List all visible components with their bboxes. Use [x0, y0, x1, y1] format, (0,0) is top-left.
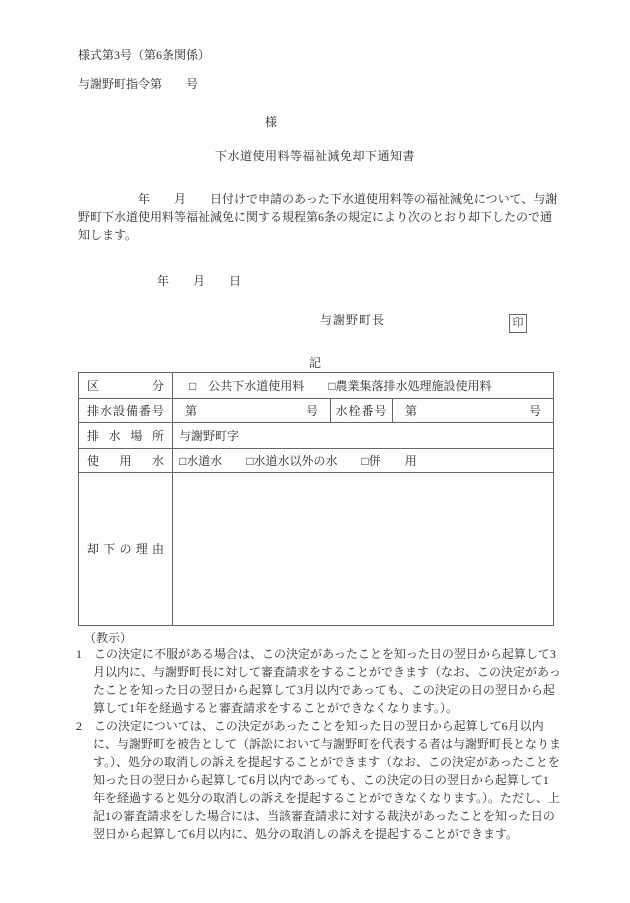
notice-line: 算して1年を経過すると審査請求をすることができなくなります。）。: [93, 699, 562, 717]
issue-date-line: 年 月 日: [157, 272, 241, 290]
tap-number-field: 第 号: [393, 402, 553, 420]
document-page: 様式第3号（第6条関係） 与謝野町指令第 号 様 下水道使用料等福祉減免却下通知…: [0, 0, 630, 903]
notice-line: 2 この決定については、この決定があったことを知った日の翌日から起算して6月以内: [76, 717, 562, 735]
directive-number: 与謝野町指令第 号: [78, 75, 198, 93]
notice-line: 知った日の翌日から起算して6月以内であっても、この決定の日の翌日から起算して1: [93, 771, 562, 789]
record-mark: 記: [309, 354, 321, 372]
notice-line: 1 この決定に不服がある場合は、この決定があったことを知った日の翌日から起算して…: [76, 645, 562, 663]
seal-character: 印: [513, 317, 524, 329]
intro-line: 野町下水道使用料等福祉減免に関する規程第6条の規定により次のとおり却下したので通: [78, 208, 558, 226]
location-label: 排水場所: [79, 427, 172, 445]
table-row-water-used: 使用水 □水道水 □水道水以外の水 □併 用: [79, 449, 554, 473]
sender-title: 与謝野町長: [320, 311, 385, 329]
category-options: □ 公共下水道使用料 □農業集落排水処理施設使用料: [173, 377, 553, 395]
detail-table: 区分 □ 公共下水道使用料 □農業集落排水処理施設使用料 排水設備番号 第 号 …: [78, 372, 554, 626]
number-prefix: 第: [405, 402, 417, 420]
seal-mark: 印: [509, 314, 527, 333]
water-used-label: 使用水: [79, 452, 172, 470]
water-used-options: □水道水 □水道水以外の水 □併 用: [173, 452, 553, 470]
notice-item-2: 2 この決定については、この決定があったことを知った日の翌日から起算して6月以内…: [76, 717, 562, 843]
location-value: 与謝野町字: [173, 427, 553, 445]
drainage-number-field: 第 号: [173, 402, 330, 420]
notice-line: 翌日から起算して6月以内に、処分の取消しの訴えを提起することができます。: [93, 825, 562, 843]
document-title: 下水道使用料等福祉減免却下通知書: [215, 147, 415, 165]
table-row-location: 排水場所 与謝野町字: [79, 423, 554, 449]
notice-line: 年を経過すると処分の取消しの訴えを提起することができなくなります。）。ただし、上: [93, 789, 562, 807]
intro-paragraph: 年 月 日付けで申請のあった下水道使用料等の福祉減免について、与謝 野町下水道使…: [78, 190, 558, 244]
notice-item-1: 1 この決定に不服がある場合は、この決定があったことを知った日の翌日から起算して…: [76, 645, 562, 717]
table-row-drainage-number: 排水設備番号 第 号 水栓番号 第 号: [79, 399, 554, 423]
tap-number-label: 水栓番号: [331, 402, 392, 420]
category-label: 区分: [79, 377, 172, 395]
notice-line: 記1の審査請求をした場合には、当該審査請求に対する裁決があったことを知った日の: [93, 807, 562, 825]
form-number: 様式第3号（第6条関係）: [78, 46, 210, 64]
notice-line: に、与謝野町を被告として（訴訟において与謝野町を代表する者は与謝野町長となりま: [93, 735, 562, 753]
intro-line: 年 月 日付けで申請のあった下水道使用料等の福祉減免について、与謝: [78, 190, 558, 208]
number-suffix: 号: [529, 402, 541, 420]
number-prefix: 第: [185, 402, 197, 420]
addressee-suffix: 様: [265, 113, 277, 131]
table-row-rejection-reason: 却下の理由: [79, 473, 554, 626]
notice-line: 月以内に、与謝野町長に対して審査請求をすることができます（なお、この決定があっ: [93, 663, 562, 681]
notice-line: す。）、処分の取消しの訴えを提起することができます（なお、この決定があったことを: [93, 753, 562, 771]
notice-line: たことを知った日の翌日から起算して3月以内であっても、この決定の日の翌日から起: [93, 681, 562, 699]
rejection-reason-label: 却下の理由: [79, 540, 172, 558]
table-row-category: 区分 □ 公共下水道使用料 □農業集落排水処理施設使用料: [79, 373, 554, 399]
drainage-number-label: 排水設備番号: [79, 402, 172, 420]
intro-line: 知します。: [78, 226, 558, 244]
number-suffix: 号: [306, 402, 318, 420]
